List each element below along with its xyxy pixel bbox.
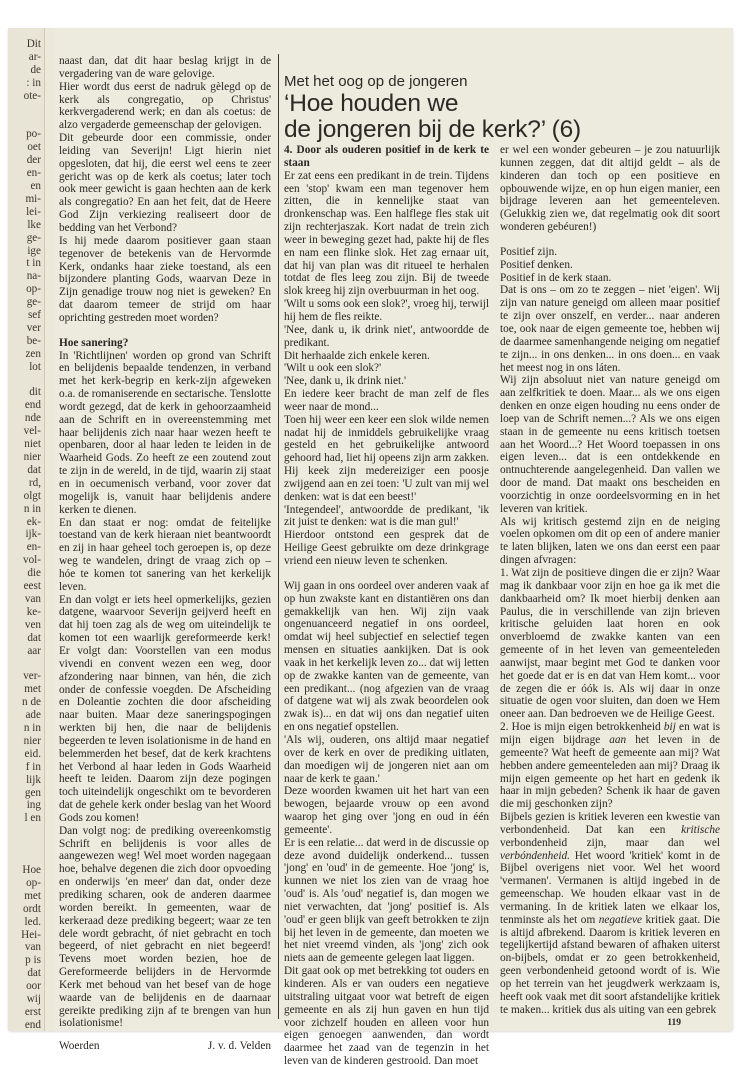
paragraph: Dit herhaalde zich enkele keren.: [284, 350, 489, 363]
left-column-paragraphs-2: In 'Richtlijnen' worden op grond van Sch…: [59, 350, 271, 1031]
paragraph: Positief in de kerk staan.: [500, 272, 720, 285]
paragraph: Dan volgt nog: de prediking overeenkomst…: [59, 825, 271, 1031]
right-column-short-lines: Positief zijn.Positief denken.Positief i…: [500, 246, 720, 285]
paragraph: 'Wilt u soms ook een slok?', vroeg hij, …: [284, 298, 489, 324]
paragraph: 'Nee, dank u, ik drink niet', antwoordde…: [284, 324, 489, 350]
article-title-line-1: ‘Hoe houden we: [284, 91, 581, 117]
paragraph: Wij gaan in ons oordeel over anderen vaa…: [284, 580, 489, 734]
middle-column: 4. Door als ouderen positief in de kerk …: [284, 144, 489, 1068]
right-column-paragraphs-2: Dat is ons – om zo te zeggen – niet 'eig…: [500, 284, 720, 721]
paragraph: Als wij kritisch gestemd zijn en de neig…: [500, 516, 720, 567]
middle-column-paragraphs-2: Wij gaan in ons oordeel over anderen vaa…: [284, 580, 489, 1068]
previous-page-edge: Dit ar- de : in ote- po- oet der en- en …: [8, 28, 45, 1031]
paragraph: Wij zijn absoluut niet van nature geneig…: [500, 374, 720, 515]
paragraph: Positief denken.: [500, 259, 720, 272]
article-kicker: Met het oog op de jongeren: [284, 73, 467, 90]
right-column: er wel een wonder gebeuren – je zou natu…: [500, 144, 720, 1017]
page-119: naast dan, dat dit haar beslag krijgt in…: [54, 28, 733, 1031]
paragraph: Er zat eens een predikant in de trein. T…: [284, 170, 489, 298]
paragraph: 'Wilt u ook een slok?': [284, 362, 489, 375]
scanned-page: Dit ar- de : in ote- po- oet der en- en …: [8, 28, 733, 1031]
signature-author: J. v. d. Velden: [208, 1040, 271, 1053]
paragraph: Deze woorden kwamen uit het hart van een…: [284, 785, 489, 836]
paragraph: En dan volgt er iets heel opmerkelijks, …: [59, 594, 271, 825]
paragraph: En iedere keer bracht de man zelf de fle…: [284, 388, 489, 414]
middle-column-paragraphs: Er zat eens een predikant in de trein. T…: [284, 170, 489, 568]
signature-line: Woerden J. v. d. Velden: [59, 1040, 271, 1053]
article-title-line-2: de jongeren bij de kerk?’ (6): [284, 117, 581, 143]
paragraph: Er is een relatie... dat werd in de disc…: [284, 837, 489, 965]
paragraph: Toen hij weer een keer een slok wilde ne…: [284, 414, 489, 504]
paragraph: naast dan, dat dit haar beslag krijgt in…: [59, 55, 271, 81]
right-column-paragraphs: er wel een wonder gebeuren – je zou natu…: [500, 144, 720, 234]
previous-page-text-fragments: Dit ar- de : in ote- po- oet der en- en …: [21, 38, 41, 1031]
paragraph: Positief zijn.: [500, 246, 720, 259]
paragraph: 1. Wat zijn de positieve dingen die er z…: [500, 567, 720, 721]
left-column-paragraphs: naast dan, dat dit haar beslag krijgt in…: [59, 55, 271, 325]
paragraph: 'Integendeel', antwoordde de predikant, …: [284, 504, 489, 530]
paragraph: Hier wordt dus eerst de nadruk gèlegd op…: [59, 81, 271, 132]
paragraph: Dat is ons – om zo te zeggen – niet 'eig…: [500, 284, 720, 374]
article-title: ‘Hoe houden we de jongeren bij de kerk?’…: [284, 91, 581, 143]
page-number: 119: [667, 1018, 681, 1028]
paragraph: Is hij mede daarom positiever gaan staan…: [59, 235, 271, 325]
paragraph: In 'Richtlijnen' worden op grond van Sch…: [59, 350, 271, 517]
column-divider-rule: [278, 54, 279, 1019]
paragraph: En dan staat er nog: omdat de feitelijke…: [59, 517, 271, 594]
closing-paragraph: Bijbels gezien is kritiek leveren een kw…: [500, 811, 720, 1017]
left-column-previous-article: naast dan, dat dit haar beslag krijgt in…: [59, 55, 271, 1053]
question-2-paragraph: 2. Hoe is mijn eigen betrokkenheid bij e…: [500, 721, 720, 811]
paragraph: 'Nee, dank u, ik drink niet.': [284, 375, 489, 388]
signature-place: Woerden: [59, 1040, 100, 1053]
paragraph: Hierdoor ontstond een gesprek dat de Hei…: [284, 529, 489, 568]
paragraph: er wel een wonder gebeuren – je zou natu…: [500, 144, 720, 234]
paragraph: 'Als wij, ouderen, ons altijd maar negat…: [284, 734, 489, 785]
section-heading: 4. Door als ouderen positief in de kerk …: [284, 144, 489, 170]
subheading-hoe-sanering: Hoe sanering?: [59, 337, 271, 350]
paragraph: Dit gebeurde door een commissie, onder l…: [59, 132, 271, 235]
paragraph: Dit gaat ook op met betrekking tot ouder…: [284, 965, 489, 1068]
